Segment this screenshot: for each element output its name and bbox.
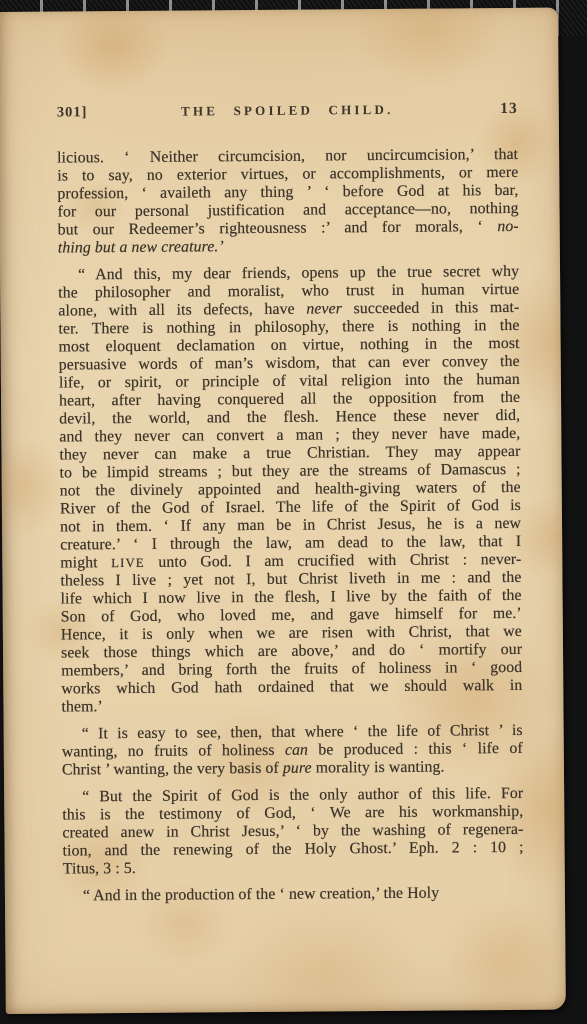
text-segment: Son of God, who loved me, and gave himse… [61,605,522,626]
text-segment: created anew in Christ Jesus,’ ‘ by the … [62,821,523,842]
text-segment: LIVE [111,556,145,570]
text-segment: “ It is easy to see, then, that where ‘ … [82,722,523,742]
text-segment: creature.’ ‘ I through the law, am dead … [60,533,521,554]
text-segment: can [285,742,308,759]
paragraph: “ And this, my dear friends, opens up th… [58,263,523,717]
page-body: licious. ‘ Neither circumcision, nor unc… [57,146,524,906]
text-segment: devil, the world, and the flesh. Hence t… [59,407,520,428]
paragraph: “ But the Spirit of God is the only auth… [62,785,524,879]
text-segment: but our Redeemer’s righteousness :’ and … [58,218,498,238]
text-segment: might [60,554,111,571]
text-segment: tion, and the renewing of the Holy Ghost… [63,839,524,860]
folio-number: 301] [57,104,88,121]
text-segment: life which I now live in the flesh, I li… [61,587,522,608]
paragraph: licious. ‘ Neither circumcision, nor unc… [57,146,519,258]
text-segment: “ And this, my dear friends, opens up th… [78,263,519,283]
text-segment: members,’ and bring forth the fruits of … [61,659,522,680]
text-segment: most eloquent declamation on virtue, not… [59,335,520,356]
text-segment: heart, after having conquered all the op… [59,389,520,410]
text-segment: not in them. ‘ If any man be in Christ J… [60,515,521,536]
text-segment: succeeded in this mat- [342,299,520,317]
text-segment: thing but a new creature.’ [58,238,224,256]
text-segment: life, or spirit, or principle of vital r… [59,371,520,392]
text-segment: Titus, 3 : 5. [63,860,136,878]
page-header: 301] THE SPOILED CHILD. 13 [57,100,518,122]
text-segment: River of the God of Israel. The life of … [60,497,521,518]
text-segment: them.’ [61,698,103,715]
scanner-backdrop: 301] THE SPOILED CHILD. 13 licious. ‘ Ne… [0,0,587,1024]
text-line: “ And in the production of the ‘ new cre… [63,884,524,906]
text-segment: Hence, it is only when we are risen with… [61,623,522,644]
text-segment: licious. ‘ Neither circumcision, nor unc… [57,146,518,167]
text-line: works which God hath ordained that we sh… [61,677,522,699]
text-segment: unto God. I am crucified with Christ : n… [145,551,522,571]
text-segment: theless I live ; yet not I, but Christ l… [60,569,521,590]
text-segment: morality is wanting. [312,759,445,777]
text-segment: never [306,300,342,317]
text-line: thing but a new creature.’ [58,236,519,258]
text-segment: seek those things which are above,’ and … [61,641,522,662]
text-line: Titus, 3 : 5. [63,857,524,879]
text-segment: wanting, no fruits of holiness [62,742,285,761]
text-line: them.’ [61,695,522,717]
paragraph: “ It is easy to see, then, that where ‘ … [62,722,523,780]
text-segment: ter. There is nothing in philosophy, the… [58,317,519,338]
text-segment: “ But the Spirit of God is the only auth… [82,785,523,805]
text-segment: this is the testimony of God, ‘ We are h… [62,803,523,824]
page-number: 13 [500,100,518,118]
text-segment: they never can make a true Christian. Th… [59,443,520,464]
paragraph: “ And in the production of the ‘ new cre… [63,884,524,906]
text-segment: the philosopher and moralist, who trust … [58,281,519,302]
text-segment: pure [283,760,312,777]
text-line: tion, and the renewing of the Holy Ghost… [63,839,524,861]
text-segment: profession, ‘ availeth any thing ’ ‘ bef… [57,182,518,203]
text-segment: be produced : this ‘ life of [308,740,523,759]
page-content: 301] THE SPOILED CHILD. 13 licious. ‘ Ne… [57,100,524,906]
text-segment: persuasive words of man’s wisdom, that c… [59,353,520,374]
running-title: THE SPOILED CHILD. [181,102,394,120]
book-page: 301] THE SPOILED CHILD. 13 licious. ‘ Ne… [0,8,566,1014]
text-segment: to be limpid streams ; but they are the … [60,461,521,482]
text-segment: for our personal justification and accep… [58,200,519,221]
text-segment: alone, with all its defects, have [58,301,306,320]
text-segment: and they never can convert a man ; they … [59,425,520,446]
text-line: wanting, no fruits of holiness can be pr… [62,740,523,762]
text-segment: works which God hath ordained that we sh… [61,677,522,698]
text-segment: not the divinely appointed and health-gi… [60,479,521,500]
text-segment: Christ ’ wanting, the very basis of [62,760,283,779]
text-segment: no- [497,218,518,235]
text-line: Christ ’ wanting, the very basis of pure… [62,758,523,780]
text-segment: “ And in the production of the ‘ new cre… [83,885,439,905]
text-segment: is to say, no exterior virtues, or accom… [57,164,518,185]
text-line: but our Redeemer’s righteousness :’ and … [58,218,519,240]
